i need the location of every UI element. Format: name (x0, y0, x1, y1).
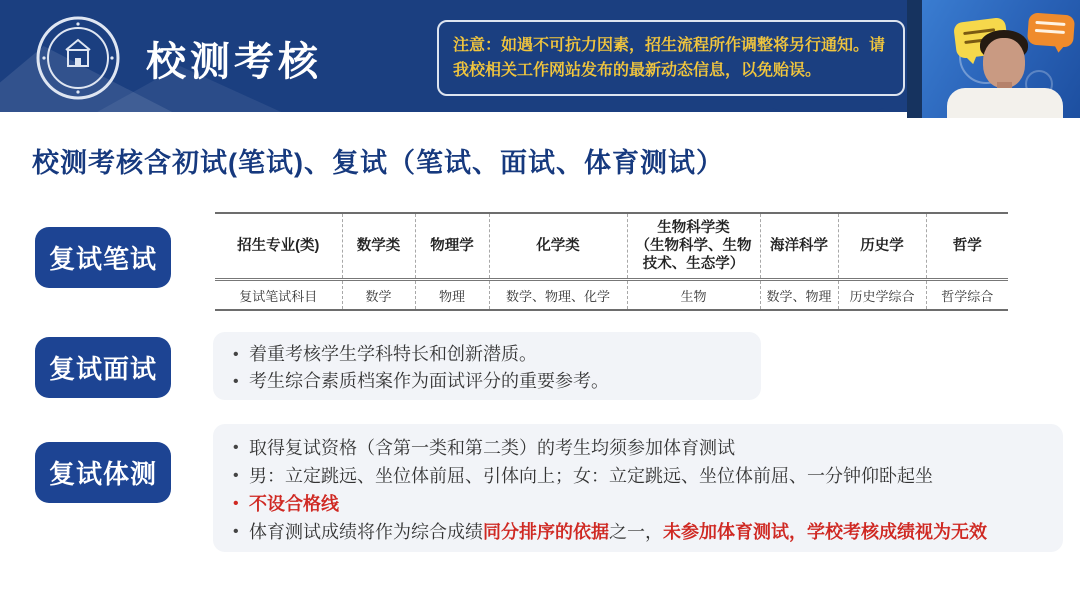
column-header: 海洋科学 (760, 213, 838, 280)
slide: 校测考核 注意：如遇不可抗力因素，招生流程所作调整将另行通知。请 我校相关工作网… (0, 0, 1080, 606)
table-cell: 复试笔试科目 (215, 280, 342, 311)
column-header: 物理学 (415, 213, 489, 280)
table-cell: 历史学综合 (838, 280, 926, 311)
written-exam-table: 招生专业(类)数学类物理学化学类生物科学类 （生物科学、生物技术、生态学）海洋科… (215, 212, 1008, 311)
bullet-item: 不设合格线 (229, 490, 1047, 518)
table-cell: 物理 (415, 280, 489, 311)
notice-text-line2: 我校相关工作网站发布的最新动态信息，以免贻误。 (453, 58, 897, 83)
section-label-fitness-test: 复试体测 (35, 442, 171, 503)
bullet-item: 体育测试成绩将作为综合成绩同分排序的依据之一，未参加体育测试，学校考核成绩视为无… (229, 518, 1047, 546)
table-data-row: 复试笔试科目数学物理数学、物理、化学生物数学、物理历史学综合哲学综合 (215, 280, 1008, 311)
notice-box-tail (772, 108, 884, 112)
table-cell: 数学、物理、化学 (489, 280, 627, 311)
notice-box: 注意：如遇不可抗力因素，招生流程所作调整将另行通知。请 我校相关工作网站发布的最… (437, 20, 905, 96)
table-cell: 数学 (342, 280, 415, 311)
table-cell: 数学、物理 (760, 280, 838, 311)
column-header: 招生专业(类) (215, 213, 342, 280)
section-label-written-retest: 复试笔试 (35, 227, 171, 288)
column-header: 历史学 (838, 213, 926, 280)
interview-bullet-list: 着重考核学生学科特长和创新潜质。考生综合素质档案作为面试评分的重要参考。 (213, 332, 761, 400)
notice-text-line1: 注意：如遇不可抗力因素，招生流程所作调整将另行通知。请 (453, 33, 897, 58)
fitness-bullet-list: 取得复试资格（含第一类和第二类）的考生均须参加体育测试男：立定跳远、坐位体前屈、… (213, 424, 1063, 552)
table-cell: 哲学综合 (926, 280, 1008, 311)
presenter-webcam-video (907, 0, 1080, 118)
presenter-avatar (907, 0, 1080, 118)
column-header: 生物科学类 （生物科学、生物技术、生态学） (627, 213, 760, 280)
avatar-shirt (947, 88, 1063, 118)
avatar-face (983, 38, 1025, 88)
page-title: 校测考核 (146, 30, 322, 87)
bullet-item: 取得复试资格（含第一类和第二类）的考生均须参加体育测试 (229, 434, 1047, 462)
slide-subtitle: 校测考核含初试(笔试)、复试（笔试、面试、体育测试） (32, 141, 724, 180)
table-header-row: 招生专业(类)数学类物理学化学类生物科学类 （生物科学、生物技术、生态学）海洋科… (215, 213, 1008, 280)
bullet-item: 考生综合素质档案作为面试评分的重要参考。 (229, 368, 745, 395)
bullet-item: 男：立定跳远、坐位体前屈、引体向上；女：立定跳远、坐位体前屈、一分钟仰卧起坐 (229, 462, 1047, 490)
column-header: 数学类 (342, 213, 415, 280)
column-header: 哲学 (926, 213, 1008, 280)
table-cell: 生物 (627, 280, 760, 311)
column-header: 化学类 (489, 213, 627, 280)
bullet-item: 着重考核学生学科特长和创新潜质。 (229, 341, 745, 368)
section-label-interview: 复试面试 (35, 337, 171, 398)
university-seal-logo (36, 16, 120, 100)
